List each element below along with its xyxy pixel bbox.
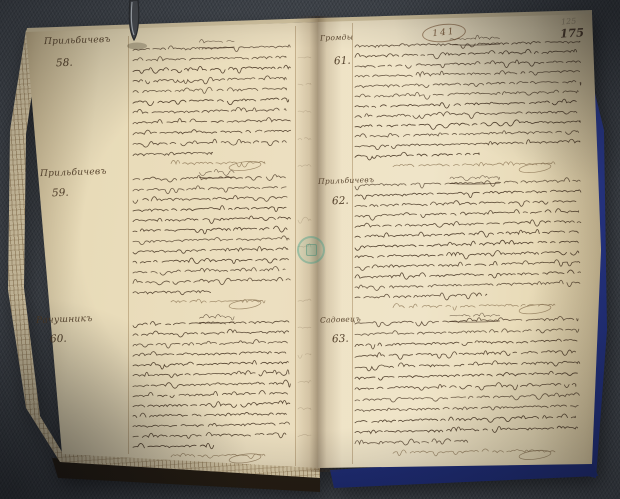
entry-number: 60. <box>50 333 67 346</box>
left-page-gutter-rule <box>295 26 296 466</box>
metal-clip-icon <box>114 0 154 54</box>
right-page-margin-rule <box>352 23 353 464</box>
watermark-emblem-icon <box>306 244 317 256</box>
left-page-margin-rule <box>128 36 129 454</box>
entry-number: 63. <box>332 333 349 346</box>
repository-watermark-icon <box>297 236 325 264</box>
entry-number: 58. <box>56 57 73 70</box>
entry-place-label: Садовецъ <box>320 314 361 324</box>
entry-place-label: Рачушникъ <box>36 314 93 326</box>
entry-number: 59. <box>52 187 69 200</box>
entry-number: 61. <box>334 55 351 68</box>
photo-scene: Прильбичевъ58.Прильбичевъ59.Рачушникъ60.… <box>0 0 620 499</box>
entry-number: 62. <box>332 195 349 208</box>
folio-number-ink: 175 <box>560 25 585 40</box>
stamp-number: 141 <box>432 27 456 39</box>
entry-place-label: Громды <box>320 32 353 42</box>
